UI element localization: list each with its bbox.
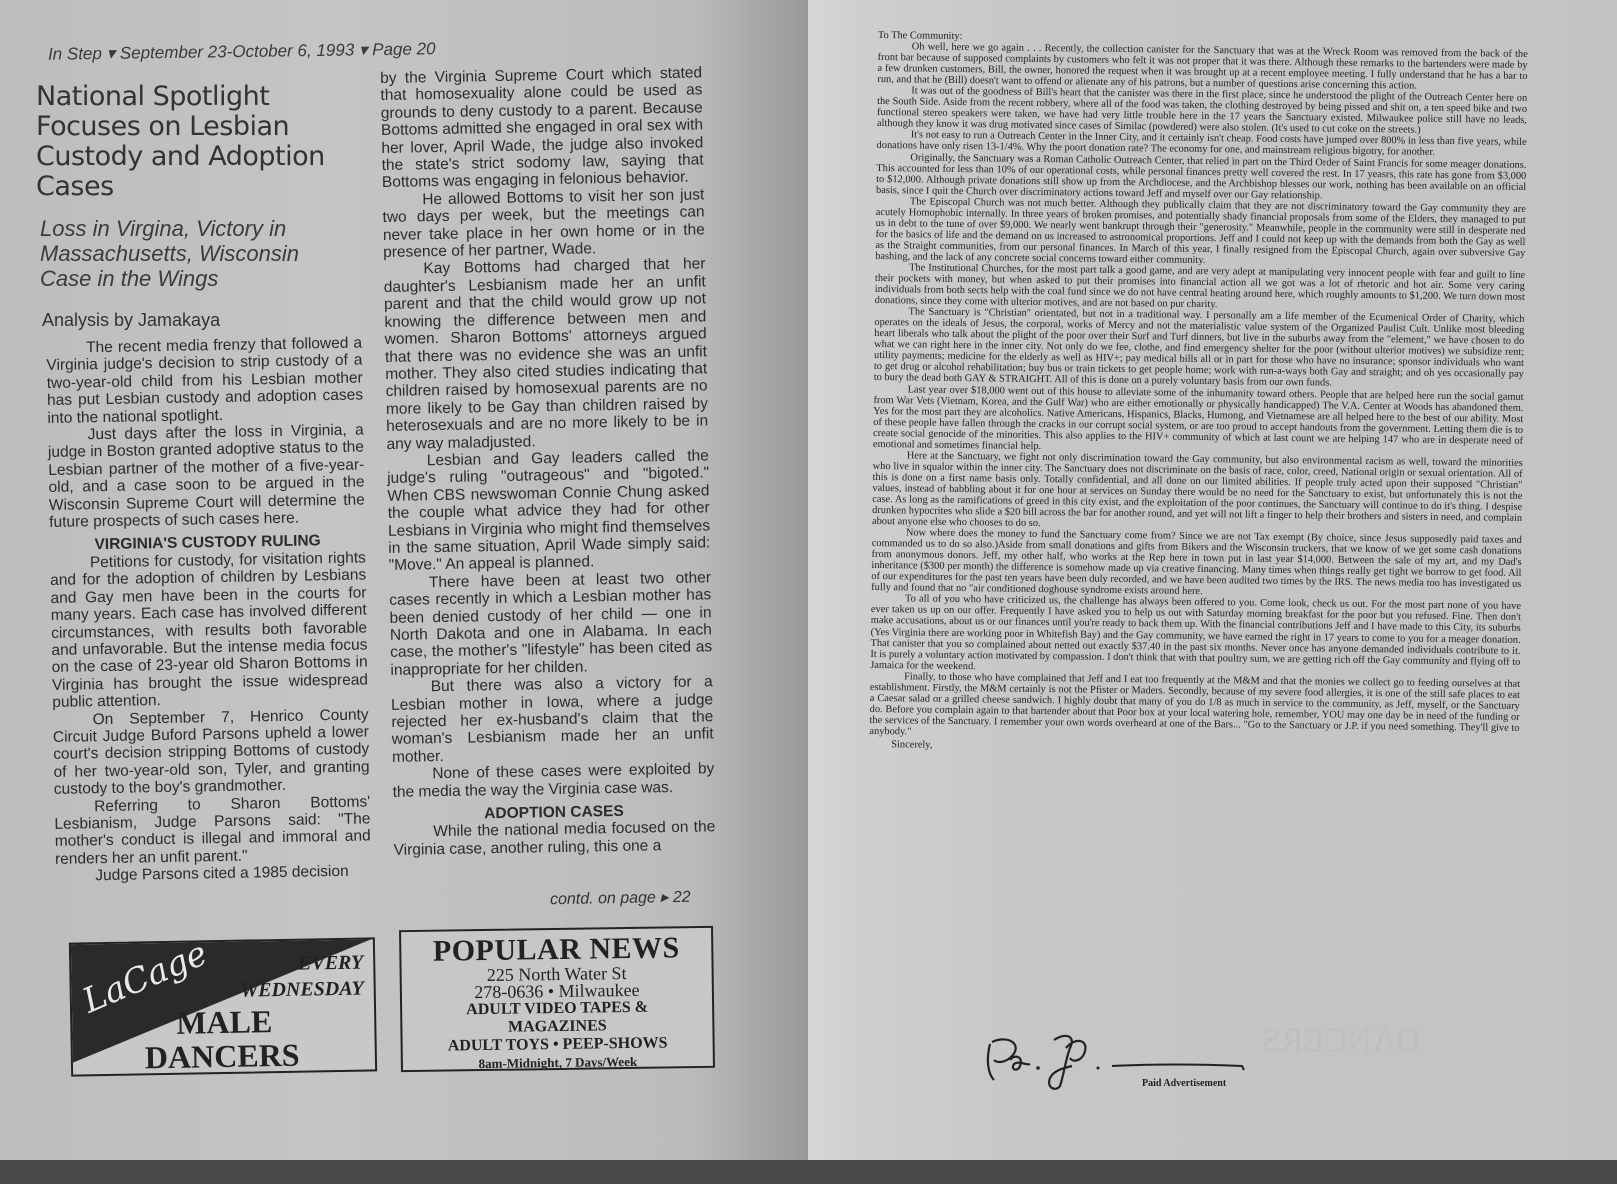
article-column-2: by the Virginia Supreme Court which stat… bbox=[380, 64, 716, 859]
lacage-ad: LaCage EVERY WEDNESDAY MALE DANCERS bbox=[69, 937, 377, 1076]
scan-bottom-edge bbox=[0, 1160, 1617, 1184]
paragraph: There have been at least two other cases… bbox=[389, 569, 713, 679]
paragraph: It was out of the goodness of Bill's hea… bbox=[877, 85, 1527, 137]
paragraph: Now where does the money to fund the San… bbox=[871, 527, 1522, 601]
paragraph: The Episcopal Church was not much better… bbox=[875, 196, 1526, 270]
magazine-spread: In Step ▾ September 23-October 6, 1993 ▾… bbox=[0, 0, 1617, 1160]
ad-title: POPULAR NEWS bbox=[401, 932, 711, 968]
paid-advertisement-label: Paid Advertisement bbox=[1142, 1078, 1226, 1089]
ad-text-dancers: DANCERS bbox=[145, 1037, 300, 1077]
paragraph: He allowed Bottoms to visit her son just… bbox=[382, 186, 705, 261]
ad-text-every: EVERY bbox=[298, 952, 364, 976]
paragraph: While the national media focused on the … bbox=[393, 819, 716, 859]
signature-icon bbox=[980, 1030, 1270, 1090]
ad-text-wednesday: WEDNESDAY bbox=[240, 978, 364, 1003]
paragraph: Here at the Sanctuary, we fight not only… bbox=[872, 450, 1523, 535]
paragraph: Referring to Sharon Bottoms' Lesbianism,… bbox=[54, 793, 371, 868]
ad-text-male: MALE bbox=[176, 1003, 273, 1042]
paragraph: Petitions for custody, for visitation ri… bbox=[50, 549, 369, 711]
continued-link: contd. on page ▸ 22 bbox=[550, 887, 691, 909]
paragraph: Originally, the Sanctuary was a Roman Ca… bbox=[876, 152, 1526, 204]
paragraph: Finally, to those who have complained th… bbox=[869, 671, 1520, 745]
page-header: In Step ▾ September 23-October 6, 1993 ▾… bbox=[48, 39, 436, 64]
article-column-1: The recent media frenzy that followed a … bbox=[46, 334, 371, 885]
paragraph: Oh well, here we go again . . . Recently… bbox=[877, 41, 1527, 93]
paragraph: The recent media frenzy that followed a … bbox=[46, 334, 363, 427]
byline: Analysis by Jamakaya bbox=[42, 310, 220, 331]
paragraph: On September 7, Henrico County Circuit J… bbox=[52, 706, 369, 799]
article-headline: National Spotlight Focuses on Lesbian Cu… bbox=[36, 82, 356, 202]
paragraph: The Sanctuary is "Christian" orientated,… bbox=[874, 306, 1525, 391]
paragraph: Just days after the loss in Virginia, a … bbox=[48, 422, 366, 532]
paragraph: To all of you who have criticized us, th… bbox=[870, 593, 1521, 678]
bleed-through-text: DANCERS bbox=[1262, 1022, 1421, 1060]
paragraph: None of these cases were exploited by th… bbox=[392, 761, 715, 801]
paragraph: But there was also a victory for a Lesbi… bbox=[391, 674, 714, 767]
paragraph: Last year over $18,000 went out of this … bbox=[873, 383, 1524, 457]
paragraph: The Institutional Churches, for the most… bbox=[875, 262, 1525, 314]
paragraph: Lesbian and Gay leaders called the judge… bbox=[387, 447, 711, 574]
paragraph: by the Virginia Supreme Court which stat… bbox=[380, 64, 704, 191]
left-page: In Step ▾ September 23-October 6, 1993 ▾… bbox=[0, 0, 808, 1160]
popular-news-ad: POPULAR NEWS 225 North Water St 278-0636… bbox=[399, 926, 715, 1072]
open-letter: To The Community: Oh well, here we go ag… bbox=[869, 30, 1528, 758]
article-deck: Loss in Virgina, Victory in Massachusett… bbox=[40, 216, 340, 291]
paragraph: Kay Bottoms had charged that her daughte… bbox=[383, 256, 708, 453]
